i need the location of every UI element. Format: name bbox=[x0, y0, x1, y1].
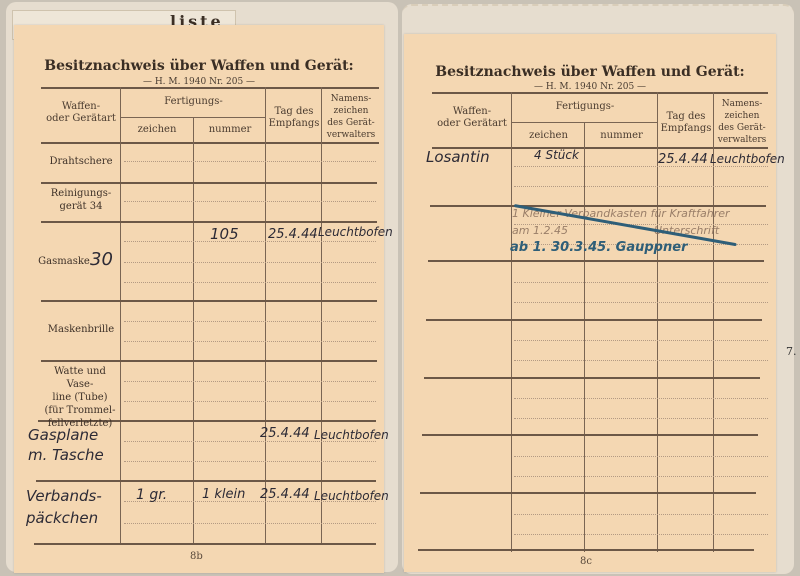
gasmaske-date: 25.4.44 bbox=[268, 227, 318, 242]
col-header-tag: Tag desEmpfangs bbox=[266, 106, 322, 130]
col-header-fertigung: Fertigungs- bbox=[121, 96, 266, 108]
row-divider bbox=[424, 377, 760, 379]
gasmaske-signature: Leuchtbofen bbox=[318, 225, 393, 239]
page-subtitle: — H. M. 1940 Nr. 205 — bbox=[14, 77, 384, 87]
table-top-border bbox=[41, 87, 379, 89]
verbandspaeckchen-signature: Leuchtbofen bbox=[314, 489, 389, 503]
col-header-tag: Tag desEmpfangs bbox=[658, 111, 714, 135]
page-subtitle: — H. M. 1940 Nr. 205 — bbox=[404, 82, 776, 92]
row-divider bbox=[41, 221, 377, 223]
row-label-maskenbrille: Maskenbrille bbox=[42, 323, 120, 336]
blue-ink-entry: ab 1. 30.3.45. Gauppner bbox=[510, 240, 687, 255]
handwritten-gasmaske-number: 30 bbox=[90, 249, 113, 270]
left-page: Besitznachweis über Waffen und Gerät: — … bbox=[14, 25, 384, 573]
gasplane-signature: Leuchtbofen bbox=[314, 428, 389, 442]
page-title: Besitznachweis über Waffen und Gerät: bbox=[14, 58, 384, 74]
col-divider bbox=[265, 87, 266, 543]
col-header-fertigung: Fertigungs- bbox=[512, 101, 658, 113]
col-header-nummer: nummer bbox=[585, 130, 658, 142]
gasmaske-nummer: 105 bbox=[210, 225, 239, 243]
losantin-signature: Leuchtbofen bbox=[710, 152, 785, 166]
row-label-losantin: Losantin bbox=[426, 148, 490, 166]
table-bottom-border bbox=[418, 549, 754, 551]
page-number-left: 8b bbox=[190, 551, 203, 562]
verbandspaeckchen-zeichen: 1 gr. bbox=[136, 487, 167, 503]
gasplane-date: 25.4.44 bbox=[260, 426, 310, 441]
crossed-out-date: am 1.2.45 bbox=[512, 224, 568, 237]
row-divider bbox=[41, 360, 377, 362]
row-divider bbox=[428, 260, 764, 262]
verbandspaeckchen-date: 25.4.44 bbox=[260, 487, 310, 502]
col-header-zeichen: zeichen bbox=[121, 124, 193, 136]
page-number-right: 8c bbox=[580, 556, 592, 567]
row-label-reinigungsgeraet: Reinigungs-gerät 34 bbox=[42, 187, 120, 213]
row-divider bbox=[422, 434, 758, 436]
losantin-zeichen: 4 Stück bbox=[534, 148, 579, 162]
col-header-zeichen: zeichen bbox=[512, 130, 585, 142]
col-header-namens: Namens-zeichendes Gerät-verwalters bbox=[714, 98, 770, 146]
row-label-drahtschere: Drahtschere bbox=[42, 155, 120, 168]
row-divider bbox=[36, 480, 376, 482]
page-title: Besitznachweis über Waffen und Gerät: bbox=[404, 64, 776, 80]
row-divider bbox=[426, 319, 762, 321]
col-header-item: Waffen-oder Gerätart bbox=[432, 106, 512, 130]
row-divider bbox=[420, 492, 756, 494]
col-header-item: Waffen-oder Gerätart bbox=[42, 101, 120, 125]
col-divider bbox=[120, 87, 121, 543]
col-header-nummer: nummer bbox=[194, 124, 266, 136]
row-divider bbox=[41, 300, 377, 302]
row-label-watte-vaseline: Watte und Vase-line (Tube)(für Trommel-f… bbox=[40, 365, 120, 430]
row-label-gasmaske: Gasmaske bbox=[34, 255, 94, 268]
col-divider bbox=[511, 92, 512, 552]
col-divider bbox=[321, 87, 322, 543]
header-subdivider bbox=[512, 122, 658, 123]
right-page: Besitznachweis über Waffen und Gerät: — … bbox=[404, 34, 776, 572]
header-bottom-border bbox=[41, 142, 379, 144]
verbandspaeckchen-nummer: 1 klein bbox=[202, 487, 245, 502]
row-divider bbox=[41, 182, 377, 184]
losantin-date: 25.4.44 bbox=[658, 152, 708, 167]
table-top-border bbox=[432, 92, 768, 94]
margin-mark: 7. bbox=[786, 345, 797, 358]
table-bottom-border bbox=[34, 543, 376, 545]
row-label-verbandspaeckchen: Verbands-päckchen bbox=[26, 485, 102, 529]
col-header-namens: Namens-zeichendes Gerät-verwalters bbox=[322, 93, 380, 141]
row-label-gasplane: Gasplanem. Tasche bbox=[28, 425, 104, 465]
